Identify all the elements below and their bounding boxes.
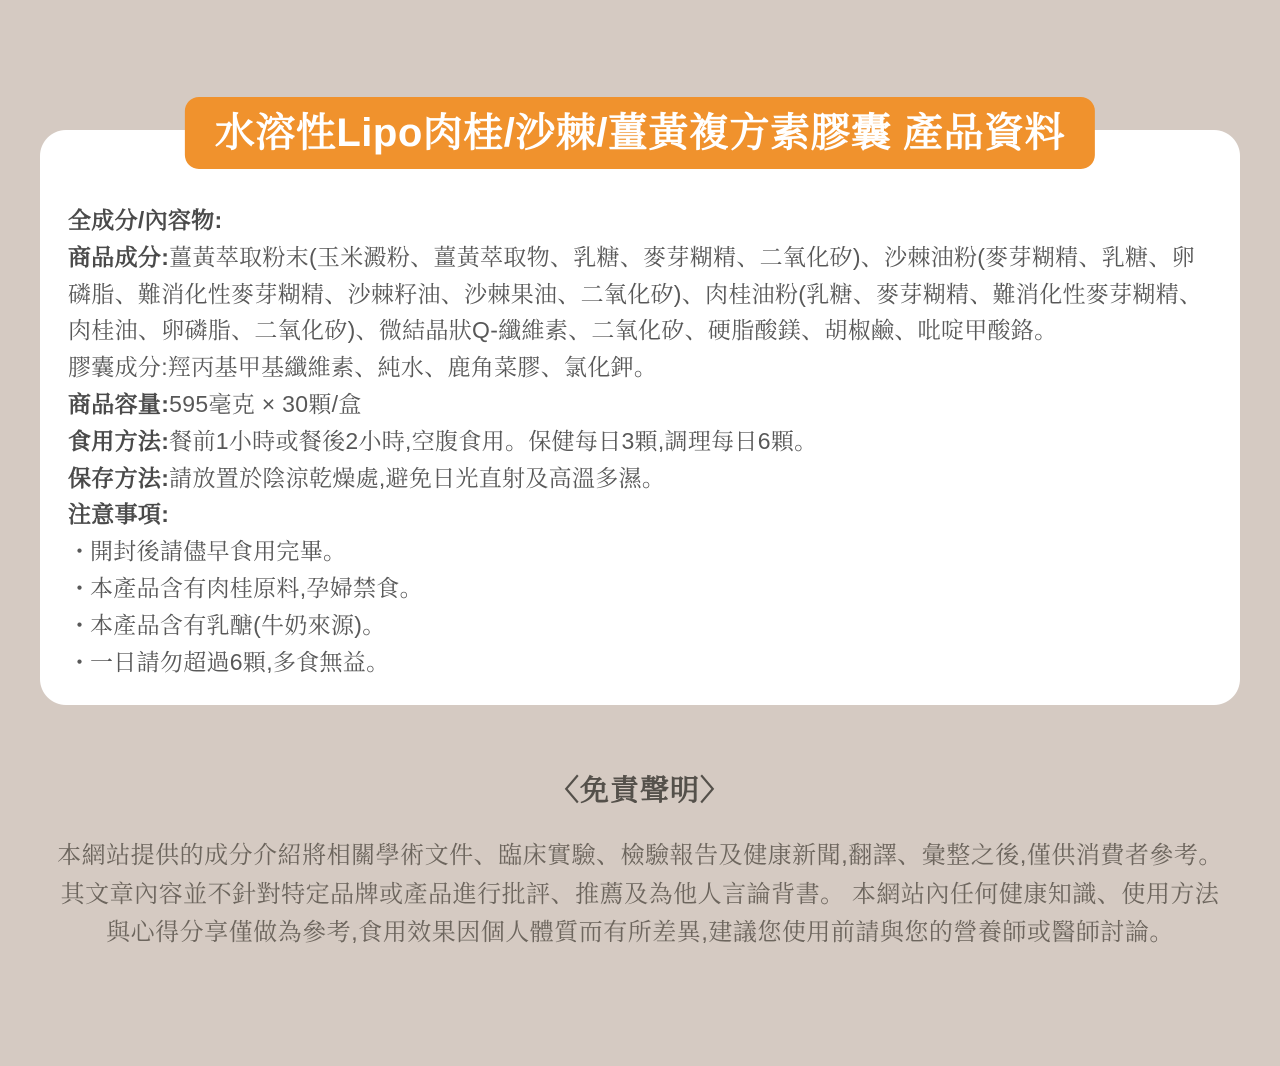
note-item: ・本產品含有乳醣(牛奶來源)。 [68,607,1210,644]
storage-label: 保存方法: [68,465,169,491]
product-title-banner: 水溶性Lipo肉桂/沙棘/薑黃複方素膠囊 產品資料 [185,97,1095,169]
ingredients-text: 薑黃萃取粉末(玉米澱粉、薑黃萃取物、乳糖、麥芽糊精、二氧化矽)、沙棘油粉(麥芽糊… [68,244,1202,344]
bullet-dot: ・ [68,533,90,570]
note-text: 開封後請儘早食用完畢。 [90,538,346,564]
usage-text: 餐前1小時或餐後2小時,空腹食用。保健每日3顆,調理每日6顆。 [169,428,817,454]
bullet-dot: ・ [68,570,90,607]
notes-heading: 注意事項: [68,496,1210,533]
disclaimer-text-line: 其文章內容並不針對特定品牌或產品進行批評、推薦及為他人言論背書。 本網站內任何健… [0,876,1280,915]
product-info-card: 全成分/內容物: 商品成分:薑黃萃取粉末(玉米澱粉、薑黃萃取物、乳糖、麥芽糊精、… [40,130,1240,705]
storage-line: 保存方法:請放置於陰涼乾燥處,避免日光直射及高溫多濕。 [68,460,1210,497]
usage-line: 食用方法:餐前1小時或餐後2小時,空腹食用。保健每日3顆,調理每日6顆。 [68,423,1210,460]
note-item: ・本產品含有肉桂原料,孕婦禁食。 [68,570,1210,607]
disclaimer-text-line: 與心得分享僅做為參考,食用效果因個人體質而有所差異,建議您使用前請與您的營養師或… [0,914,1280,953]
storage-text: 請放置於陰涼乾燥處,避免日光直射及高溫多濕。 [169,465,665,491]
capacity-text: 595毫克 × 30顆/盒 [169,391,361,417]
ingredients-label: 商品成分: [68,244,169,270]
note-item: ・開封後請儘早食用完畢。 [68,533,1210,570]
disclaimer-text-line: 本網站提供的成分介紹將相關學術文件、臨床實驗、檢驗報告及健康新聞,翻譯、彙整之後… [0,837,1280,876]
note-text: 本產品含有乳醣(牛奶來源)。 [90,612,386,638]
capsule-ingredients-line: 膠囊成分:羥丙基甲基纖維素、純水、鹿角菜膠、氯化鉀。 [68,349,1210,386]
note-text: 一日請勿超過6顆,多食無益。 [90,649,389,675]
disclaimer-section: 〈免責聲明〉 本網站提供的成分介紹將相關學術文件、臨床實驗、檢驗報告及健康新聞,… [0,768,1280,953]
bullet-dot: ・ [68,644,90,681]
product-title: 水溶性Lipo肉桂/沙棘/薑黃複方素膠囊 產品資料 [215,111,1065,155]
note-text: 本產品含有肉桂原料,孕婦禁食。 [90,575,423,601]
note-item: ・一日請勿超過6顆,多食無益。 [68,644,1210,681]
usage-label: 食用方法: [68,428,169,454]
capacity-label: 商品容量: [68,391,169,417]
section-heading: 全成分/內容物: [68,202,1210,239]
disclaimer-title: 〈免責聲明〉 [0,768,1280,809]
ingredients-line: 商品成分:薑黃萃取粉末(玉米澱粉、薑黃萃取物、乳糖、麥芽糊精、二氧化矽)、沙棘油… [68,239,1210,349]
capacity-line: 商品容量:595毫克 × 30顆/盒 [68,386,1210,423]
bullet-dot: ・ [68,607,90,644]
